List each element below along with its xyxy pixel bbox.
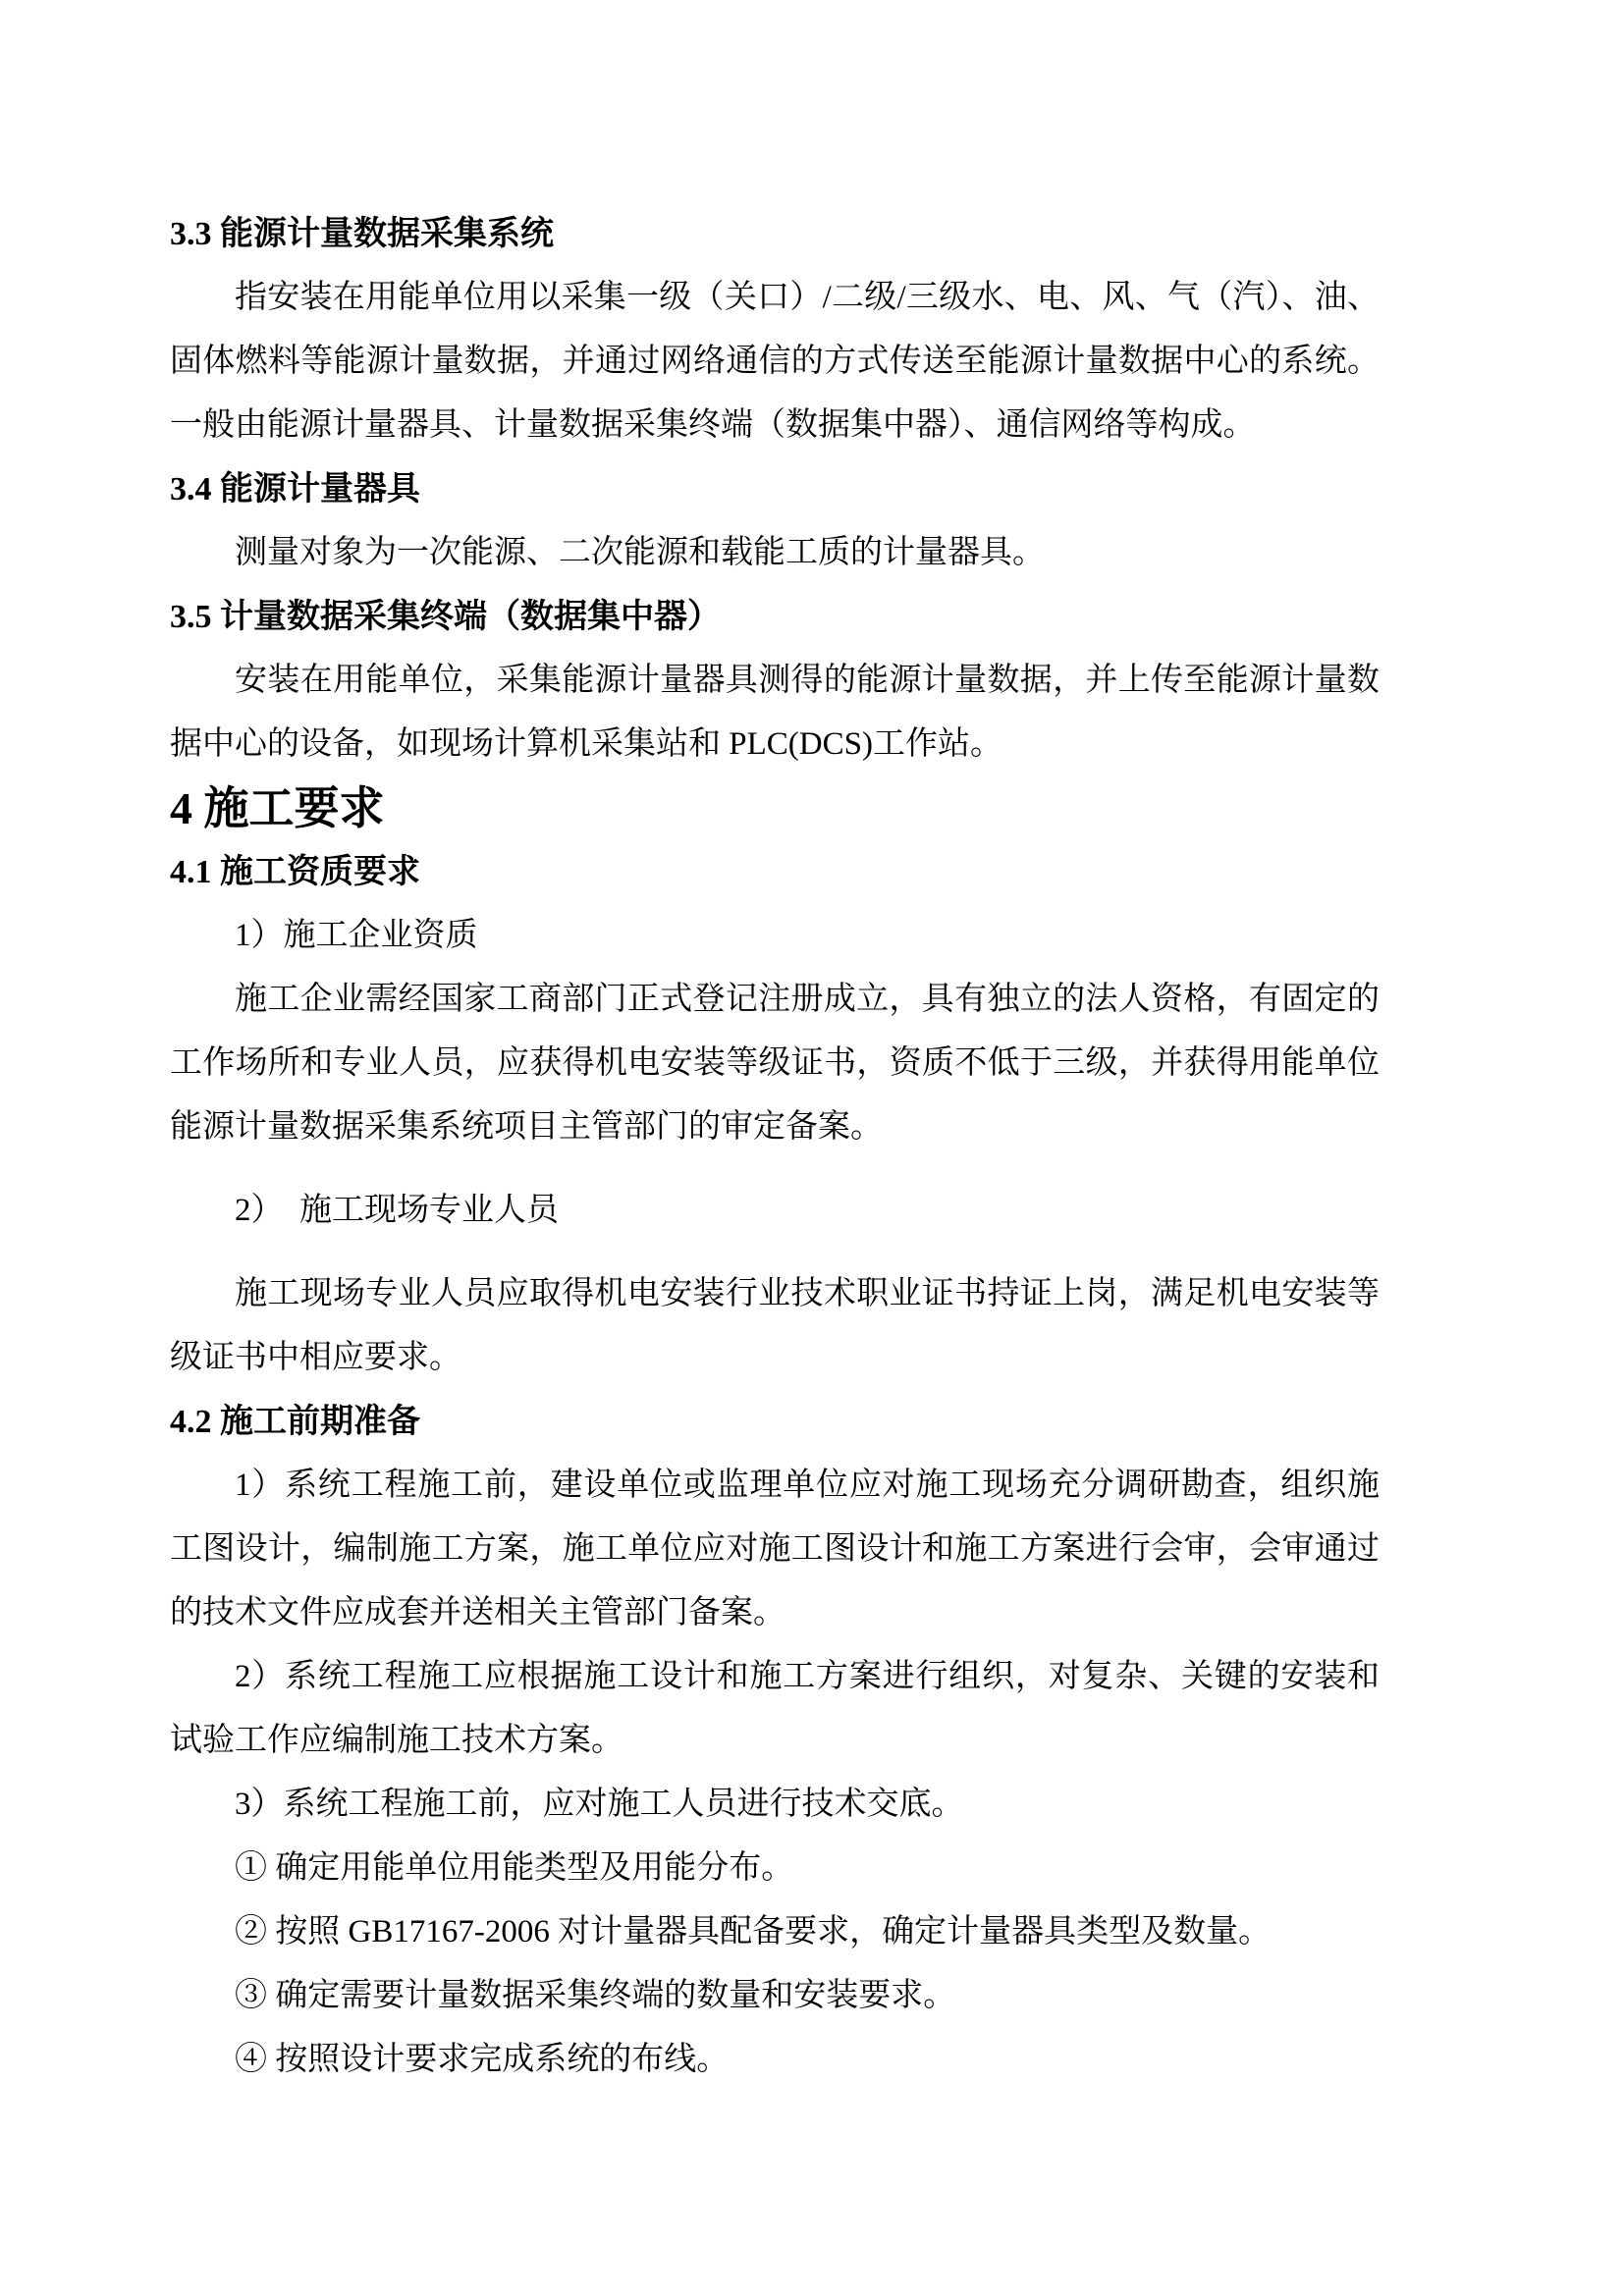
circled-item-system-wiring: ④ 按照设计要求完成系统的布线。: [170, 2028, 1380, 2092]
heading-4-2: 4.2 施工前期准备: [170, 1390, 1380, 1454]
heading-3-3: 3.3 能源计量数据采集系统: [170, 202, 1380, 266]
circled-item-meter-configuration: ② 按照 GB17167-2006 对计量器具配备要求，确定计量器具类型及数量。: [170, 1900, 1380, 1964]
circled-item-energy-type: ① 确定用能单位用能类型及用能分布。: [170, 1837, 1380, 1900]
list-item-enterprise-qualification: 1）施工企业资质: [170, 904, 1380, 968]
para-enterprise-qualification-detail: 施工企业需经国家工商部门正式登记注册成立，具有独立的法人资格，有固定的工作场所和…: [170, 968, 1380, 1159]
para-3-5-definition: 安装在用能单位，采集能源计量器具测得的能源计量数据，并上传至能源计量数据中心的设…: [170, 649, 1380, 776]
para-3-3-definition: 指安装在用能单位用以采集一级（关口）/二级/三级水、电、风、气（汽）、油、固体燃…: [170, 266, 1380, 457]
para-3-4-definition: 测量对象为一次能源、二次能源和载能工质的计量器具。: [170, 521, 1380, 585]
list-item-construction-organization: 2）系统工程施工应根据施工设计和施工方案进行组织，对复杂、关键的安装和试验工作应…: [170, 1645, 1380, 1773]
heading-4-1: 4.1 施工资质要求: [170, 840, 1380, 904]
document-page: 3.3 能源计量数据采集系统 指安装在用能单位用以采集一级（关口）/二级/三级水…: [0, 0, 1624, 2296]
heading-3-4: 3.4 能源计量器具: [170, 457, 1380, 521]
heading-4: 4 施工要求: [170, 776, 1380, 840]
heading-3-5: 3.5 计量数据采集终端（数据集中器）: [170, 585, 1380, 649]
para-site-professionals-detail: 施工现场专业人员应取得机电安装行业技术职业证书持证上岗，满足机电安装等级证书中相…: [170, 1262, 1380, 1390]
circled-item-terminal-quantity: ③ 确定需要计量数据采集终端的数量和安装要求。: [170, 1964, 1380, 2028]
list-item-site-professionals: 2） 施工现场专业人员: [170, 1179, 1380, 1243]
list-item-pre-construction-survey: 1）系统工程施工前，建设单位或监理单位应对施工现场充分调研勘查，组织施工图设计，…: [170, 1454, 1380, 1645]
list-item-technical-briefing: 3）系统工程施工前，应对施工人员进行技术交底。: [170, 1773, 1380, 1837]
